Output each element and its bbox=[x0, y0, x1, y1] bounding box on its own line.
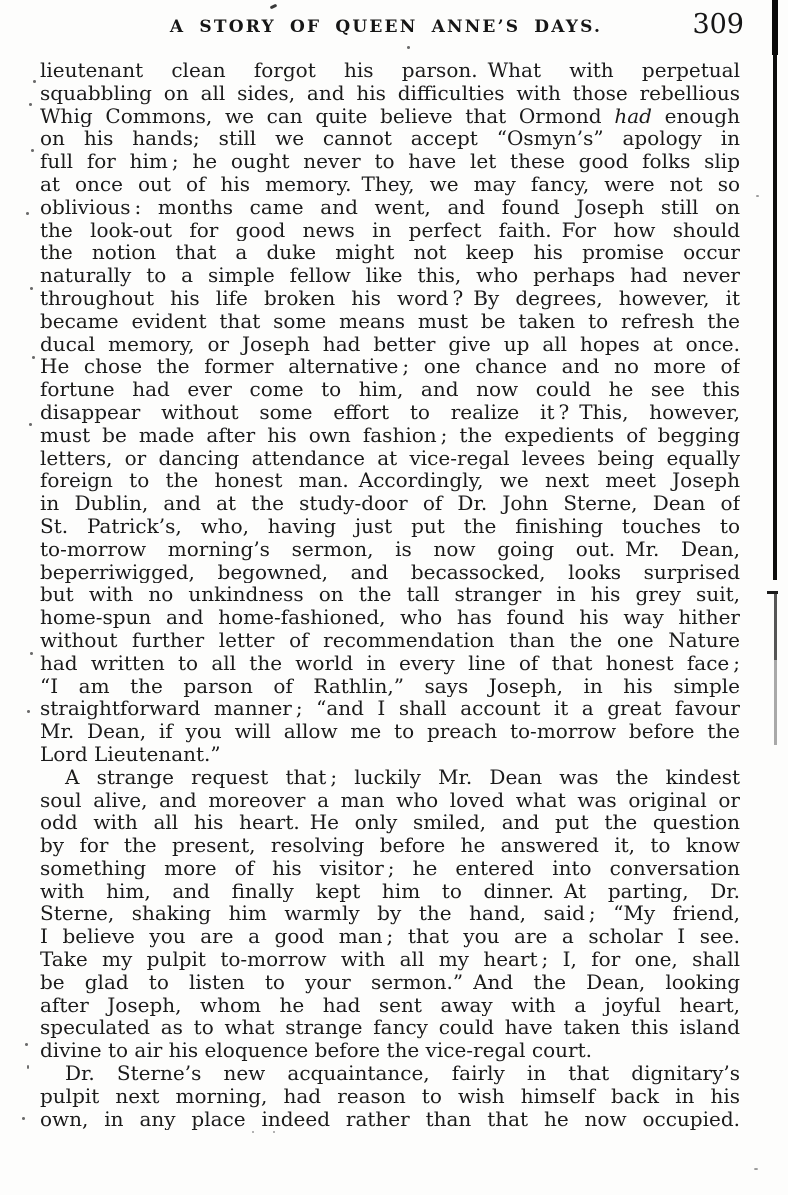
text-line: full for him ; he ought never to have le… bbox=[40, 150, 740, 173]
text-line: Take my pulpit to-morrow with all my hea… bbox=[40, 948, 740, 971]
ink-speck bbox=[27, 1065, 29, 1069]
text-line: letters, or dancing attendance at vice-r… bbox=[40, 447, 740, 470]
ink-speck bbox=[25, 1043, 28, 1046]
text-line: Mr. Dean, if you will allow me to preach… bbox=[40, 720, 740, 743]
paragraph: lieutenant clean forgot his parson. What… bbox=[40, 59, 740, 766]
text-line: beperriwigged, begowned, and becassocked… bbox=[40, 561, 740, 584]
text-line: divine to air his eloquence before the v… bbox=[40, 1039, 740, 1062]
text-line: with him, and finally kept him to dinner… bbox=[40, 880, 740, 903]
text-line: had written to all the world in every li… bbox=[40, 652, 740, 675]
text-line: Whig Commons, we can quite believe that … bbox=[40, 105, 740, 128]
text-line: home-spun and home-fashioned, who has fo… bbox=[40, 606, 740, 629]
text-line: straightforward manner ; “and I shall ac… bbox=[40, 697, 740, 720]
text-line: A strange request that ; luckily Mr. Dea… bbox=[40, 766, 740, 789]
ink-speck bbox=[31, 149, 34, 152]
running-title: A STORY OF QUEEN ANNE’S DAYS. bbox=[0, 17, 772, 37]
ink-speck bbox=[270, 4, 278, 10]
text-line: the notion that a duke might not keep hi… bbox=[40, 241, 740, 264]
text-line: without further letter of recommendation… bbox=[40, 629, 740, 652]
text-line: something more of his visitor ; he enter… bbox=[40, 857, 740, 880]
ink-speck bbox=[22, 1117, 25, 1120]
scan-edge-line bbox=[773, 55, 777, 580]
ink-speck bbox=[754, 1168, 758, 1170]
paragraph: Dr. Sterne’s new acquaintance, fairly in… bbox=[40, 1062, 740, 1130]
ink-speck bbox=[29, 423, 32, 426]
ink-speck bbox=[30, 652, 33, 655]
text-line: must be made after his own fashion ; the… bbox=[40, 424, 740, 447]
scan-edge-line-fade2 bbox=[774, 660, 777, 745]
ink-speck bbox=[26, 212, 29, 215]
text-line: Dr. Sterne’s new acquaintance, fairly in… bbox=[40, 1062, 740, 1085]
scan-edge-line-fade1 bbox=[774, 594, 777, 660]
text-line: ducal memory, or Joseph had better give … bbox=[40, 333, 740, 356]
text-line: disappear without some effort to realize… bbox=[40, 401, 740, 424]
page-body: lieutenant clean forgot his parson. What… bbox=[40, 59, 740, 1130]
text-line: pulpit next morning, had reason to wish … bbox=[40, 1085, 740, 1108]
text-line: St. Patrick’s, who, having just put the … bbox=[40, 515, 740, 538]
text-line: lieutenant clean forgot his parson. What… bbox=[40, 59, 740, 82]
text-line: He chose the former alternative ; one ch… bbox=[40, 355, 740, 378]
text-line: to-morrow morning’s sermon, is now going… bbox=[40, 538, 740, 561]
page-number: 309 bbox=[692, 10, 744, 40]
text-line: foreign to the honest man. Accordingly, … bbox=[40, 469, 740, 492]
text-line: I believe you are a good man ; that you … bbox=[40, 925, 740, 948]
ink-speck bbox=[756, 195, 759, 197]
text-line: on his hands; still we cannot accept “Os… bbox=[40, 127, 740, 150]
text-line: by for the present, resolving before he … bbox=[40, 834, 740, 857]
text-line: but with no unkindness on the tall stran… bbox=[40, 583, 740, 606]
text-line: at once out of his memory. They, we may … bbox=[40, 173, 740, 196]
text-line: after Joseph, whom he had sent away with… bbox=[40, 994, 740, 1017]
paragraph: A strange request that ; luckily Mr. Dea… bbox=[40, 766, 740, 1062]
text-line: be glad to listen to your sermon.” And t… bbox=[40, 971, 740, 994]
ink-speck bbox=[27, 710, 30, 713]
text-line: squabbling on all sides, and his difficu… bbox=[40, 82, 740, 105]
ink-speck bbox=[29, 103, 32, 106]
ink-speck bbox=[252, 1131, 254, 1133]
text-line: soul alive, and moreover a man who loved… bbox=[40, 789, 740, 812]
scan-edge-tick bbox=[767, 591, 778, 594]
ink-speck bbox=[407, 46, 410, 49]
ink-speck bbox=[32, 356, 35, 359]
text-line: fortune had ever come to him, and now co… bbox=[40, 378, 740, 401]
ink-speck bbox=[33, 80, 36, 83]
text-line: own, in any place indeed rather than tha… bbox=[40, 1108, 740, 1131]
text-line: naturally to a simple fellow like this, … bbox=[40, 264, 740, 287]
text-line: speculated as to what strange fancy coul… bbox=[40, 1016, 740, 1039]
text-line: “I am the parson of Rathlin,” says Josep… bbox=[40, 675, 740, 698]
page-header: A STORY OF QUEEN ANNE’S DAYS. 309 bbox=[0, 10, 788, 52]
text-line: throughout his life broken his word ? By… bbox=[40, 287, 740, 310]
book-page: A STORY OF QUEEN ANNE’S DAYS. 309 lieute… bbox=[0, 0, 788, 1195]
text-line: oblivious : months came and went, and fo… bbox=[40, 196, 740, 219]
ink-speck bbox=[273, 1131, 275, 1133]
text-line: Sterne, shaking him warmly by the hand, … bbox=[40, 902, 740, 925]
text-line: odd with all his heart. He only smiled, … bbox=[40, 811, 740, 834]
text-line: in Dublin, and at the study-door of Dr. … bbox=[40, 492, 740, 515]
text-line: Lord Lieutenant.” bbox=[40, 743, 740, 766]
text-line: the look-out for good news in perfect fa… bbox=[40, 219, 740, 242]
ink-speck bbox=[30, 287, 33, 290]
text-line: became evident that some means must be t… bbox=[40, 310, 740, 333]
